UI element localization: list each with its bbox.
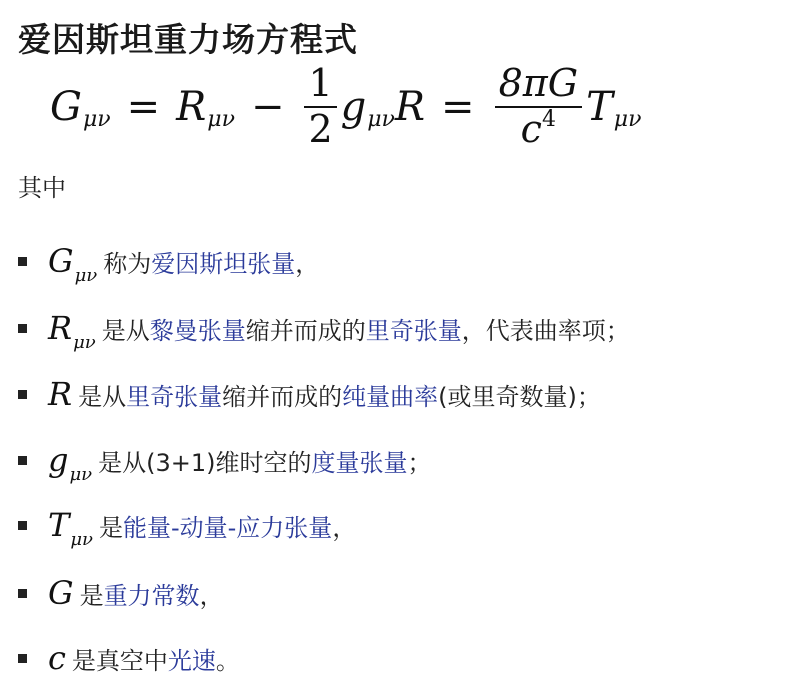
math-symbol: c (48, 639, 66, 677)
bullet-icon (18, 456, 27, 465)
eq-minus: − (251, 84, 285, 130)
eq-lhs-sub: μν (83, 107, 111, 132)
description-text: 缩并而成的 (246, 311, 366, 346)
description-text: ， (295, 244, 319, 279)
symbol-base: R (48, 309, 72, 347)
wiki-link[interactable]: 重力常数 (104, 576, 200, 611)
list-item: Tμν是能量-动量-应力张量， (0, 500, 356, 550)
math-symbol: Rμν (48, 309, 96, 347)
math-symbol: G (48, 574, 74, 612)
eq-term1-sub: μν (207, 107, 235, 132)
list-item: G是重力常数， (0, 568, 224, 618)
symbol-base: G (48, 574, 74, 612)
eq-equals-1: = (127, 84, 161, 130)
field-equation: Gμν = Rμν − 1 2 gμν R = 8πG c4 Tμν (50, 62, 641, 152)
description-text: 是从 (102, 311, 150, 346)
eq-term3-symbol: T (586, 84, 613, 130)
eq-coef-den-sup: 4 (542, 107, 556, 132)
symbol-base: G (48, 242, 74, 280)
symbol-subscript: μν (75, 265, 98, 286)
list-item: Gμν称为爱因斯坦张量， (0, 236, 319, 286)
eq-half-den: 2 (304, 110, 336, 150)
eq-half-num: 1 (304, 64, 336, 104)
description-text: 是真空中 (72, 641, 168, 676)
math-symbol: Tμν (48, 506, 93, 544)
description-text: ，代表曲率项； (462, 311, 630, 346)
description-text: ； (408, 443, 432, 478)
symbol-base: c (48, 639, 66, 677)
description-text: 是从(3+1)维时空的 (98, 443, 311, 478)
eq-coef-fraction: 8πG c4 (495, 64, 583, 150)
bullet-icon (18, 521, 27, 530)
wiki-link[interactable]: 黎曼张量 (150, 311, 246, 346)
list-item: Rμν是从黎曼张量缩并而成的里奇张量，代表曲率项； (0, 303, 630, 353)
math-symbol: R (48, 375, 72, 413)
symbol-base: g (48, 441, 68, 479)
description-text: 是 (99, 508, 123, 543)
eq-coef-num: 8πG (495, 64, 583, 104)
eq-half-fraction: 1 2 (304, 64, 336, 150)
eq-term1-symbol: R (176, 84, 206, 130)
wiki-link[interactable]: 纯量曲率 (342, 377, 438, 412)
description-text: 缩并而成的 (222, 377, 342, 412)
wiki-link[interactable]: 里奇张量 (126, 377, 222, 412)
list-item: c是真空中光速。 (0, 633, 240, 683)
wiki-link[interactable]: 里奇张量 (366, 311, 462, 346)
bullet-icon (18, 257, 27, 266)
description-text: 称为 (103, 244, 151, 279)
eq-equals-2: = (441, 84, 475, 130)
eq-coef-den-base: c (521, 107, 542, 151)
description-text: 是 (80, 576, 104, 611)
symbol-subscript: μν (73, 332, 96, 353)
symbol-subscript: μν (69, 464, 92, 485)
wiki-link[interactable]: 度量张量 (312, 443, 408, 478)
symbol-subscript: μν (70, 529, 93, 550)
wiki-link[interactable]: 爱因斯坦张量 (151, 244, 295, 279)
bullet-icon (18, 390, 27, 399)
list-item: R是从里奇张量缩并而成的纯量曲率(或里奇数量)； (0, 369, 601, 419)
description-text: ， (200, 576, 224, 611)
eq-term2-sub: μν (367, 107, 395, 132)
list-item: gμν是从(3+1)维时空的度量张量； (0, 435, 432, 485)
symbol-base: R (48, 375, 72, 413)
symbol-base: T (48, 506, 69, 544)
math-symbol: gμν (48, 441, 92, 479)
bullet-icon (18, 589, 27, 598)
bullet-icon (18, 324, 27, 333)
wiki-link[interactable]: 光速 (168, 641, 216, 676)
bullet-icon (18, 654, 27, 663)
description-text: (或里奇数量)； (438, 377, 601, 412)
eq-coef-den: c4 (517, 110, 560, 150)
description-text: ， (332, 508, 356, 543)
page-title: 爱因斯坦重力场方程式 (18, 14, 358, 61)
eq-term3-sub: μν (614, 107, 642, 132)
eq-term2b-symbol: R (395, 84, 425, 130)
intro-text: 其中 (18, 168, 66, 203)
description-text: 是从 (78, 377, 126, 412)
math-symbol: Gμν (48, 242, 97, 280)
eq-term2-symbol: g (341, 84, 367, 130)
eq-lhs-symbol: G (50, 84, 82, 130)
wiki-link[interactable]: 能量-动量-应力张量 (123, 508, 332, 543)
description-text: 。 (216, 641, 240, 676)
